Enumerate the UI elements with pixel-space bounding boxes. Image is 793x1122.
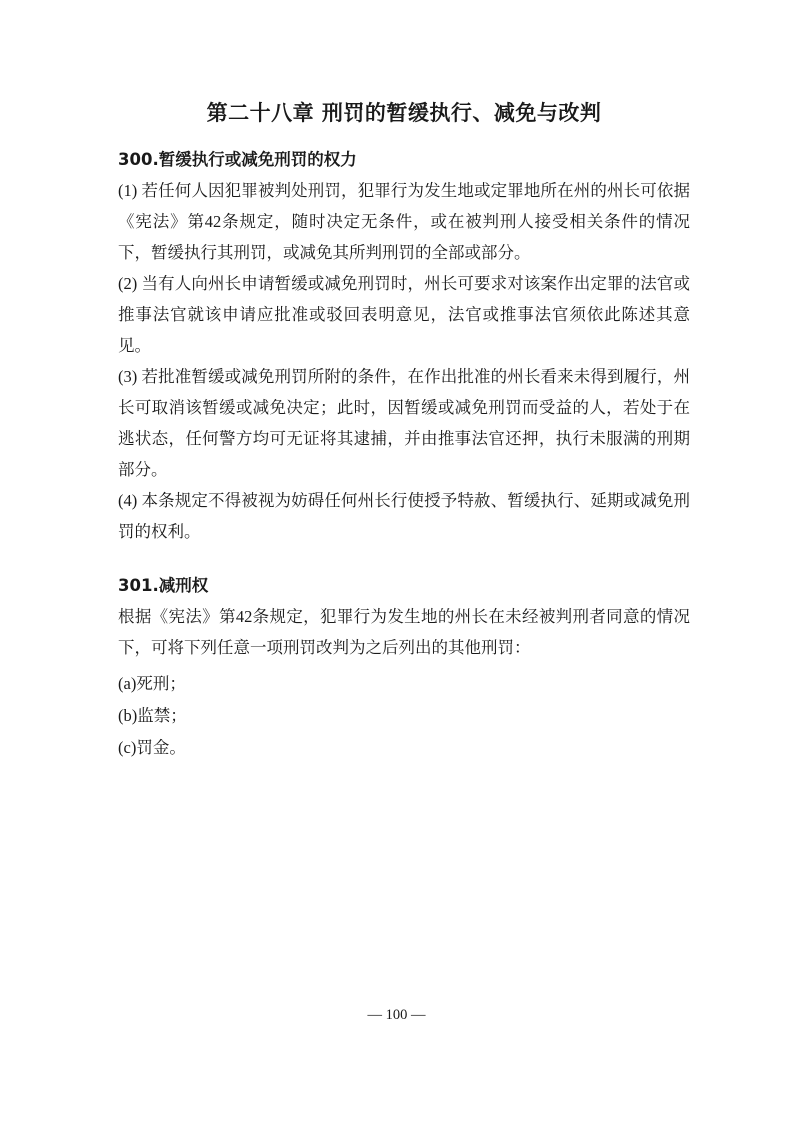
page-content: 第二十八章 刑罚的暂缓执行、减免与改判 300.暂缓执行或减免刑罚的权力 (1)…: [118, 96, 690, 764]
section-301-heading: 301.减刑权: [118, 570, 690, 601]
section-300: 300.暂缓执行或减免刑罚的权力 (1) 若任何人因犯罪被判处刑罚，犯罪行为发生…: [118, 144, 690, 547]
list-item-c: (c)罚金。: [118, 732, 690, 764]
section-300-paragraph-1: (1) 若任何人因犯罪被判处刑罚，犯罪行为发生地或定罪地所在州的州长可依据《宪法…: [118, 175, 690, 268]
document-page: 第二十八章 刑罚的暂缓执行、减免与改判 300.暂缓执行或减免刑罚的权力 (1)…: [0, 0, 793, 1122]
list-item-b: (b)监禁；: [118, 700, 690, 732]
section-300-heading: 300.暂缓执行或减免刑罚的权力: [118, 144, 690, 175]
section-300-paragraph-3: (3) 若批准暂缓或减免刑罚所附的条件，在作出批准的州长看来未得到履行，州长可取…: [118, 361, 690, 485]
section-300-paragraph-2: (2) 当有人向州长申请暂缓或减免刑罚时，州长可要求对该案作出定罪的法官或推事法…: [118, 268, 690, 361]
list-item-a: (a)死刑；: [118, 668, 690, 700]
punishment-list: (a)死刑； (b)监禁； (c)罚金。: [118, 668, 690, 764]
section-300-paragraph-4: (4) 本条规定不得被视为妨碍任何州长行使授予特赦、暂缓执行、延期或减免刑罚的权…: [118, 485, 690, 547]
chapter-title: 第二十八章 刑罚的暂缓执行、减免与改判: [118, 96, 690, 130]
section-301-paragraph-1: 根据《宪法》第42条规定，犯罪行为发生地的州长在未经被判刑者同意的情况下，可将下…: [118, 601, 690, 663]
section-301: 301.减刑权 根据《宪法》第42条规定，犯罪行为发生地的州长在未经被判刑者同意…: [118, 570, 690, 764]
page-number: — 100 —: [0, 1006, 793, 1024]
